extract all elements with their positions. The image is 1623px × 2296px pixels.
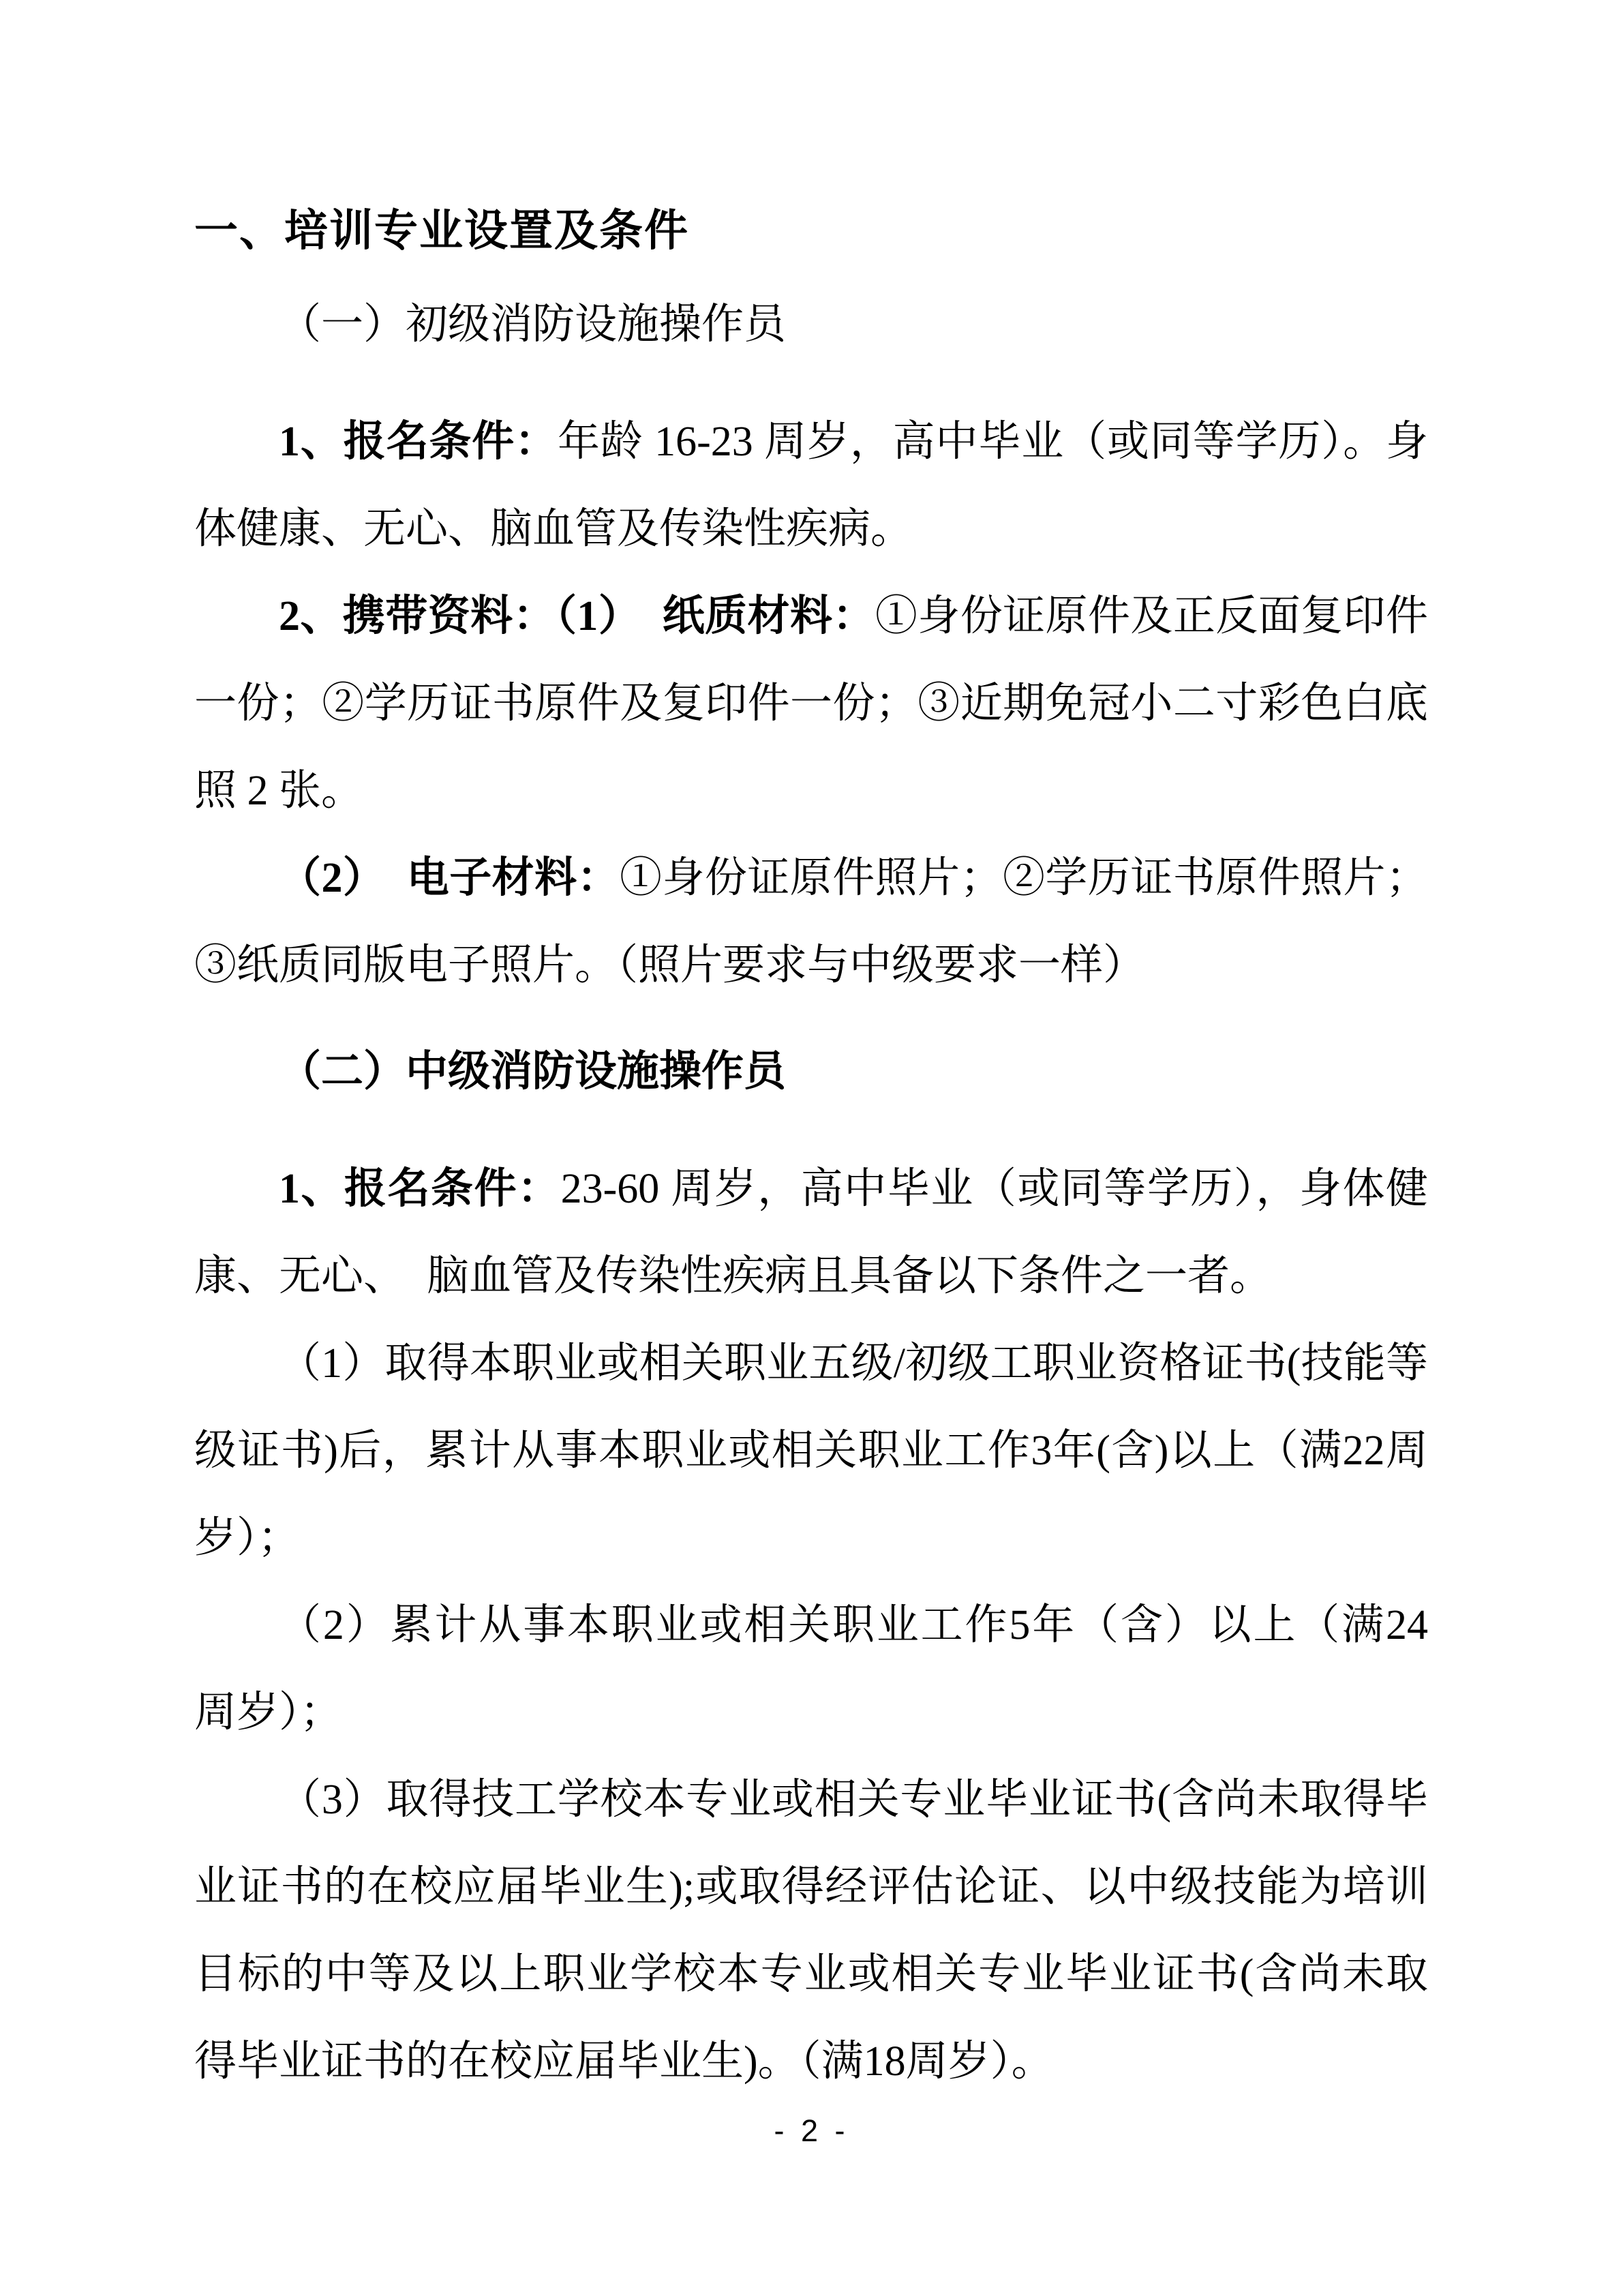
para-junior-electronic-materials: （2） 电子材料：①身份证原件照片；②学历证书原件照片；③纸质同版电子照片。（照… — [194, 834, 1428, 1009]
para-text: （3）取得技工学校本专业或相关专业毕业证书(含尚未取得毕业证书的在校应届毕业生)… — [194, 1777, 1428, 2085]
run-in-label: 1、报名条件： — [279, 419, 558, 465]
section-junior-heading: （一）初级消防设施操作员 — [194, 281, 1428, 368]
section-intermediate-heading: （二）中级消防设施操作员 — [194, 1028, 1428, 1115]
para-mid-condition-3: （3）取得技工学校本专业或相关专业毕业证书(含尚未取得毕业证书的在校应届毕业生)… — [194, 1756, 1428, 2105]
run-in-label: 1、报名条件： — [279, 1166, 561, 1212]
para-text: （2）累计从事本职业或相关职业工作5年（含）以上（满24 周岁）； — [194, 1602, 1428, 1736]
doc-heading: 一、培训专业设置及条件 — [194, 199, 1428, 262]
run-in-label: 2、携带资料：（1） 纸质材料： — [279, 593, 875, 639]
document-page: 一、培训专业设置及条件 （一）初级消防设施操作员 1、报名条件：年龄 16-23… — [0, 0, 1623, 2296]
para-text: （1）取得本职业或相关职业五级/初级工职业资格证书(技能等级证书)后，累计从事本… — [194, 1340, 1428, 1561]
para-mid-enroll-conditions: 1、报名条件：23-60 周岁，高中毕业（或同等学历），身体健康、无心、 脑血管… — [194, 1145, 1428, 1320]
para-junior-paper-materials: 2、携带资料：（1） 纸质材料：①身份证原件及正反面复印件 一份；②学历证书原件… — [194, 573, 1428, 834]
para-junior-enroll-conditions: 1、报名条件：年龄 16-23 周岁，高中毕业（或同等学历）。身体健康、无心、脑… — [194, 398, 1428, 573]
para-mid-condition-2: （2）累计从事本职业或相关职业工作5年（含）以上（满24 周岁）； — [194, 1582, 1428, 1756]
para-mid-condition-1: （1）取得本职业或相关职业五级/初级工职业资格证书(技能等级证书)后，累计从事本… — [194, 1320, 1428, 1582]
footer-page-number: - 2 - — [0, 2113, 1623, 2149]
run-in-label: （2） 电子材料： — [279, 855, 620, 901]
